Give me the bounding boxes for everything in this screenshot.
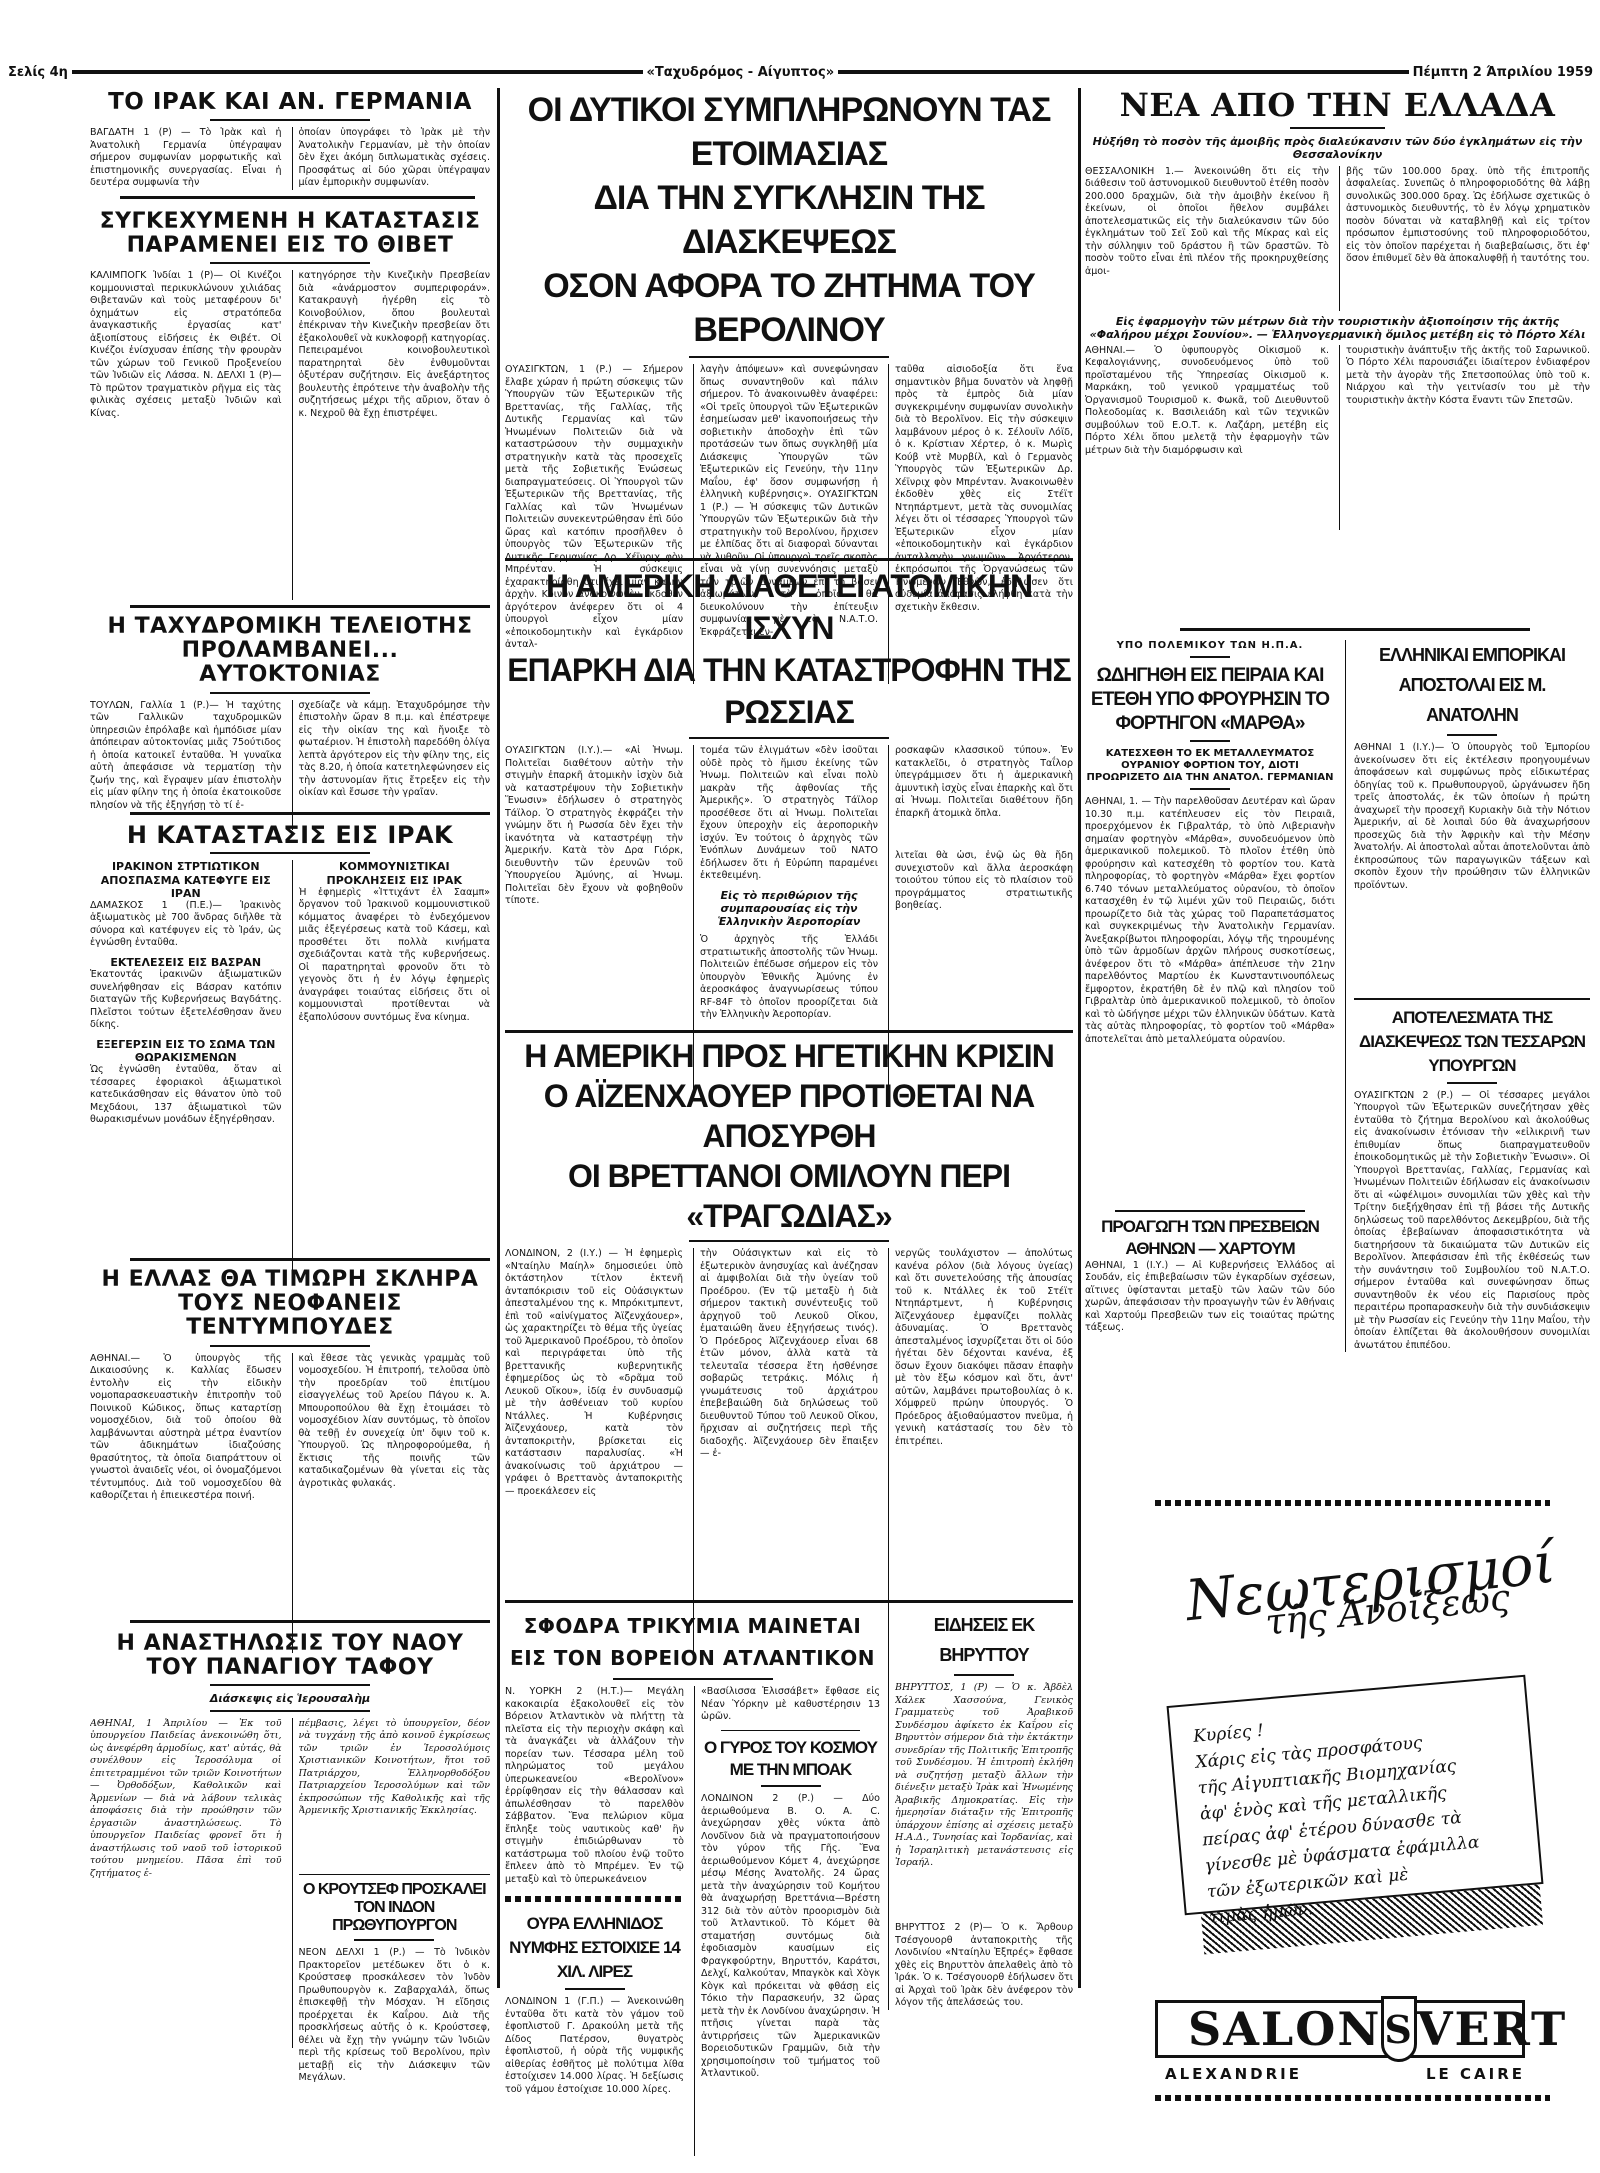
divider bbox=[210, 1345, 370, 1347]
headline: ΕΙΔΗΣΕΙΣ ΕΚ ΒΗΡΥΤΤΟΥ bbox=[895, 1610, 1073, 1670]
subheading: Εἰς ἐφαρμογὴν τῶν μέτρων διὰ τὴν τουριστ… bbox=[1085, 315, 1590, 341]
masthead: Σελίς 4η «Ταχυδρόμος - Αίγυπτος» Πέμπτη … bbox=[8, 62, 1593, 82]
article-text: νεργῶς τουλάχιστον — ἀπολύτως κανένα ρόλ… bbox=[888, 1248, 1073, 1658]
headline: ΣΥΓΚΕΧΥΜΕΝΗ Η ΚΑΤΑΣΤΑΣΙΣ ΠΑΡΑΜΕΝΕΙ ΕΙΣ Τ… bbox=[90, 210, 490, 258]
headline: Η ΤΑΧΥΔΡΟΜΙΚΗ ΤΕΛΕΙΟΤΗΣ ΠΡΟΛΑΜΒΑΝΕΙ... Α… bbox=[90, 615, 490, 688]
column-divider bbox=[497, 88, 500, 1988]
crest-icon: S bbox=[1381, 1996, 1416, 2062]
article-text: ΛΟΝΔΙΝΟΝ 2 (Ρ.) — Δύο ἀεριωθούμενα B. O.… bbox=[701, 1793, 880, 2081]
article-text: ΟΥΑΣΙΓΚΤΩΝ 2 (Ρ.) — Οἱ τέσσαρες μεγάλοι … bbox=[1354, 1090, 1590, 1353]
headline-line: ΔΙΑ ΤΗΝ ΣΥΓΚΛΗΣΙΝ ΤΗΣ ΔΙΑΣΚΕΨΕΩΣ bbox=[505, 176, 1073, 264]
article-text: ΑΘΗΝΑΙ, 1 (Ι.Υ.) — Αἱ Κυβερνήσεις Ἑλλάδο… bbox=[1085, 1260, 1335, 1335]
article-text: ΑΘΗΝΑΙ 1 (Ι.Υ.)— Ὁ ὑπουργὸς τοῦ Ἐμπορίου… bbox=[1354, 742, 1590, 992]
advertisement-salon-vert: Νεωτερισμοί τῆς Ἀνοίξεως Κυρίες ! Χάρις … bbox=[1155, 1510, 1555, 2110]
divider bbox=[120, 196, 475, 199]
headline-line: ΕΙΣ ΤΟΝ ΒΟΡΕΙΟΝ ΑΤΛΑΝΤΙΚΟΝ bbox=[505, 1642, 880, 1674]
article-text: Ὁ ἀρχηγὸς τῆς Ἑλλάδι στρατιωτικῆς ἀποστο… bbox=[700, 934, 878, 1022]
masthead-rule bbox=[72, 70, 643, 74]
headline: Η ΚΑΤΑΣΤΑΣΙΣ ΕΙΣ ΙΡΑΚ bbox=[90, 822, 490, 848]
divider bbox=[1290, 127, 1385, 129]
article-beirut: ΕΙΔΗΣΕΙΣ ΕΚ ΒΗΡΥΤΤΟΥ ΒΗΡΥΤΤΟΣ, 1 (Ρ) — Ὁ… bbox=[888, 1610, 1073, 2010]
divider bbox=[210, 852, 370, 854]
article-text: ΤΟΥΛΩΝ, Γαλλία 1 (Ρ.)— Ἡ ταχύτης τῶν Γαλ… bbox=[90, 700, 282, 830]
article-greece-news: ΝΕΑ ΑΠΟ ΤΗΝ ΕΛΛΑΔΑ Ηὐξήθη τὸ ποσὸν τῆς ἀ… bbox=[1085, 88, 1590, 530]
masthead-rule bbox=[838, 70, 1409, 74]
divider bbox=[130, 1258, 490, 1261]
divider bbox=[210, 1710, 370, 1712]
divider bbox=[1190, 656, 1230, 658]
divider bbox=[565, 1988, 625, 1990]
subheading: ΕΞΕΓΕΡΣΙΝ ΕΙΣ ΤΟ ΣΩΜΑ ΤΩΝ ΘΩΡΑΚΙΣΜΕΝΩΝ bbox=[90, 1038, 282, 1064]
divider bbox=[505, 1896, 684, 1902]
divider bbox=[354, 1939, 434, 1941]
city-cairo: LE CAIRE bbox=[1426, 2065, 1525, 2083]
divider bbox=[210, 692, 370, 694]
divider bbox=[299, 1874, 491, 1876]
article-text: ΑΘΗΝΑΙ.— Ὁ ὑπουργὸς τῆς Δικαιοσύνης κ. Κ… bbox=[90, 1353, 282, 1653]
article-text: καὶ ἔθεσε τὰς γενικὰς γραμμὰς τοῦ νομοσχ… bbox=[292, 1353, 491, 1653]
headline-line: ΟΙ ΒΡΕΤΤΑΝΟΙ ΟΜΙΛΟΥΝ ΠΕΡΙ «ΤΡΑΓΩΔΙΑΣ» bbox=[505, 1156, 1073, 1236]
article-text: τὴν Οὐάσιγκτων καὶ εἰς τὸ ἐξωτερικὸν ἀνη… bbox=[693, 1248, 878, 1658]
divider bbox=[689, 1240, 889, 1242]
article-iraq-situation: Η ΚΑΤΑΣΤΑΣΙΣ ΕΙΣ ΙΡΑΚ ΙΡΑΚΙΝΟΝ ΣΤΡΤΙΩΤΙΚ… bbox=[90, 822, 490, 1270]
article-text: ΛΟΝΔΙΝΟΝ 1 (Γ.Π.) — Ἀνεκοινώθη ἐνταῦθα ὅ… bbox=[505, 1996, 684, 2096]
subheading: Ηὐξήθη τὸ ποσὸν τῆς ἀμοιβῆς πρὸς διαλεύκ… bbox=[1085, 135, 1590, 161]
article-text: ροσκαφῶν κλασσικοῦ τύπου». Ἐν κατακλεῖδι… bbox=[895, 745, 1073, 820]
ad-letter: Κυρίες ! Χάρις εἰς τὰς προσφάτους τῆς Αἰ… bbox=[1167, 1675, 1544, 1916]
article-text: ΑΘΗΝΑΙ, 1 Ἀπριλίου — Ἐκ τοῦ ὑπουργείου Π… bbox=[90, 1718, 282, 2048]
article-text: ΘΕΣΣΑΛΟΝΙΚΗ 1.— Ἀνεκοινώθη ὅτι εἰς τὴν δ… bbox=[1085, 166, 1329, 311]
headline: Η ΕΛΛΑΣ ΘΑ ΤΙΜΩΡΗ ΣΚΛΗΡΑ ΤΟΥΣ ΝΕΟΦΑΝΕΙΣ … bbox=[90, 1268, 490, 1341]
headline-line: ΟΙ ΔΥΤΙΚΟΙ ΣΥΜΠΛΗΡΩΝΟΥΝ ΤΑΣ ΕΤΟΙΜΑΣΙΑΣ bbox=[505, 88, 1073, 176]
divider bbox=[613, 1678, 773, 1680]
brand-name-right: VERT bbox=[1417, 2002, 1567, 2056]
article-text: ΑΘΗΝΑΙ, 1. — Τὴν παρελθοῦσαν Δευτέραν κα… bbox=[1085, 796, 1335, 1206]
article-holy-sepulchre: Η ΑΝΑΣΤΗΛΩΣΙΣ ΤΟΥ ΝΑΟΥ ΤΟΥ ΠΑΝΑΓΙΟΥ ΤΑΦΟ… bbox=[90, 1632, 490, 2048]
article-text: Ἡ ἐφημερὶς «Ἰττιχάντ ἐλ Σααμπ» ὄργανον τ… bbox=[299, 887, 491, 1025]
article-text: ΑΘΗΝΑΙ.— Ὁ ὑφυπουργὸς Οἰκισμοῦ κ. Κεφαλο… bbox=[1085, 345, 1329, 530]
article-text: ΛΟΝΔΙΝΟΝ, 2 (Ι.Υ.) — Ἡ ἐφημερὶς «Νταίηλυ… bbox=[505, 1248, 683, 1658]
headline-line: Η ΑΜΕΡΙΚΗ ΠΡΟΣ ΗΓΕΤΙΚΗΝ ΚΡΙΣΙΝ bbox=[505, 1036, 1073, 1076]
article-text: Ν. ΥΟΡΚΗ 2 (Η.Τ.)— Μεγάλη κακοκαιρία ἐξα… bbox=[505, 1686, 684, 1886]
subheading: ΕΚΤΕΛΕΣΕΙΣ ΕΙΣ ΒΑΣΡΑΝ bbox=[90, 956, 282, 969]
subheading: ΙΡΑΚΙΝΟΝ ΣΤΡΤΙΩΤΙΚΟΝ ΑΠΟΣΠΑΣΜΑ ΚΑΤΕΦΥΓΕ … bbox=[90, 860, 282, 900]
article-text: ΒΑΓΔΑΤΗ 1 (Ρ) — Τὸ Ἰρὰκ καὶ ἡ Ἀνατολικὴ … bbox=[90, 127, 282, 190]
article-teddy-boys: Η ΕΛΛΑΣ ΘΑ ΤΙΜΩΡΗ ΣΚΛΗΡΑ ΤΟΥΣ ΝΕΟΦΑΝΕΙΣ … bbox=[90, 1268, 490, 1653]
divider bbox=[721, 1730, 860, 1732]
headline-line: Η ΑΜΕΡΙΚΗ ΔΙΑΘΕΤΕΙ ΑΤΟΜΙΚΗΝ ΙΣΧΥΝ bbox=[505, 565, 1073, 649]
column-divider bbox=[1078, 88, 1081, 1988]
article-trade: ΕΛΛΗΝΙΚΑΙ ΕΜΠΟΡΙΚΑΙ ΑΠΟΣΤΟΛΑΙ ΕΙΣ Μ. ΑΝΑ… bbox=[1345, 640, 1590, 1352]
divider bbox=[505, 1600, 1073, 1603]
issue-date: Πέμπτη 2 Άπριλίου 1959 bbox=[1413, 65, 1593, 80]
article-text: ΚΑΛΙΜΠΟΓΚ Ἰνδίαι 1 (Ρ)— Οἱ Κινέζοι κομμο… bbox=[90, 270, 282, 600]
article-storm: ΣΦΟΔΡΑ ΤΡΙΚΥΜΙΑ ΜΑΙΝΕΤΑΙ ΕΙΣ ΤΟΝ ΒΟΡΕΙΟΝ… bbox=[505, 1610, 880, 2156]
ad-border-bottom bbox=[1155, 2095, 1550, 2101]
subheading: ΚΑΤΕΣΧΕΘΗ ΤΟ ΕΚ ΜΕΤΑΛΛΕΥΜΑΤΟΣ ΟΥΡΑΝΙΟΥ Φ… bbox=[1085, 748, 1335, 784]
article-tibet: ΣΥΓΚΕΧΥΜΕΝΗ Η ΚΑΤΑΣΤΑΣΙΣ ΠΑΡΑΜΕΝΕΙ ΕΙΣ Τ… bbox=[90, 210, 490, 600]
subheading: Διάσκεψις εἰς Ἱερουσαλὴμ bbox=[90, 1692, 490, 1705]
article-eisenhower: Η ΑΜΕΡΙΚΗ ΠΡΟΣ ΗΓΕΤΙΚΗΝ ΚΡΙΣΙΝ Ο ΑΪΖΕΝΧΑ… bbox=[505, 1036, 1073, 1658]
ad-cities: ALEXANDRIE LE CAIRE bbox=[1165, 2065, 1525, 2083]
divider bbox=[1180, 628, 1530, 631]
article-text: πέμβασις, λέγει τὸ ὑπουργεῖον, δέον νὰ τ… bbox=[299, 1718, 491, 1868]
article-text: σχεδίαζε νὰ κάμῃ. Ἐταχυδρόμησε τὴν ἐπιστ… bbox=[292, 700, 491, 830]
article-text: ΒΗΡΥΤΤΟΣ 2 (Ρ)— Ὁ κ. Ἄρθουρ Τσέσγουορθ ἀ… bbox=[895, 1922, 1073, 2010]
brand-logo: SALON S VERT bbox=[1155, 2000, 1525, 2058]
article-postal: Η ΤΑΧΥΔΡΟΜΙΚΗ ΤΕΛΕΙΟΤΗΣ ΠΡΟΛΑΜΒΑΝΕΙ... Α… bbox=[90, 615, 490, 830]
article-text: βῆς τῶν 100.000 δραχ. ὑπὸ τῆς ἐπιτροπῆς … bbox=[1339, 166, 1590, 311]
article-iraq-germany: ΤΟ ΙΡΑΚ ΚΑΙ ΑΝ. ΓΕΡΜΑΝΙΑ ΒΑΓΔΑΤΗ 1 (Ρ) —… bbox=[90, 90, 490, 190]
lead-headline: ΟΙ ΔΥΤΙΚΟΙ ΣΥΜΠΛΗΡΩΝΟΥΝ ΤΑΣ ΕΤΟΙΜΑΣΙΑΣ Δ… bbox=[505, 88, 1073, 352]
headline-line: ΕΠΑΡΚΗ ΔΙΑ ΤΗΝ ΚΑΤΑΣΤΡΟΦΗΝ ΤΗΣ ΡΩΣΣΙΑΣ bbox=[505, 649, 1073, 733]
article-text: κατηγόρησε τὴν Κινεζικὴν Πρεσβείαν διὰ «… bbox=[292, 270, 491, 600]
article-text: Ἑκατοντάς ἰρακινῶν ἀξιωματικῶν συνελήφθη… bbox=[90, 969, 282, 1032]
headline-line: Ο ΑΪΖΕΝΧΑΟΥΕΡ ΠΡΟΤΙΘΕΤΑΙ ΝΑ ΑΠΟΣΥΡΘΗ bbox=[505, 1076, 1073, 1156]
divider bbox=[130, 1620, 490, 1623]
headline-line: ΟΣΟΝ ΑΦΟΡΑ ΤΟ ΖΗΤΗΜΑ ΤΟΥ ΒΕΡΟΛΙΝΟΥ bbox=[505, 264, 1073, 352]
kicker: ΥΠΟ ΠΟΛΕΜΙΚΟΥ ΤΩΝ Η.Π.Α. bbox=[1085, 640, 1335, 652]
article-text: ΒΗΡΥΤΤΟΣ, 1 (Ρ) — Ὁ κ. Ἀβδὲλ Χάλεκ Χασσο… bbox=[895, 1682, 1073, 1912]
divider bbox=[130, 605, 490, 608]
headline: ΟΥΡΑ ΕΛΛΗΝΙΔΟΣ ΝΥΜΦΗΣ ΕΣΤΟΙΧΙΣΕ 14 ΧΙΛ. … bbox=[505, 1912, 684, 1984]
article-text: «Βασίλισσα Ἐλισσάβετ» ἔφθασε εἰς Νέαν Ὑό… bbox=[701, 1686, 880, 1724]
divider bbox=[505, 558, 1073, 561]
headline: ΩΔΗΓΗΘΗ ΕΙΣ ΠΕΙΡΑΙΑ ΚΑΙ ΕΤΕΘΗ ΥΠΟ ΦΡΟΥΡΗ… bbox=[1085, 664, 1335, 736]
ad-border-top bbox=[1155, 1500, 1550, 1506]
headline-line: ΣΦΟΔΡΑ ΤΡΙΚΥΜΙΑ ΜΑΙΝΕΤΑΙ bbox=[505, 1610, 880, 1642]
monogram: S bbox=[1384, 2007, 1413, 2052]
headline: ΠΡΟΑΓΩΓΗ ΤΩΝ ΠΡΕΣΒΕΙΩΝ ΑΘΗΝΩΝ — ΧΑΡΤΟΥΜ bbox=[1085, 1216, 1335, 1260]
divider bbox=[210, 1684, 370, 1686]
divider bbox=[130, 812, 490, 815]
section-headline: ΝΕΑ ΑΠΟ ΤΗΝ ΕΛΛΑΔΑ bbox=[1085, 88, 1590, 123]
divider bbox=[689, 356, 889, 358]
article-text: ΔΑΜΑΣΚΟΣ 1 (Π.Ε.)— Ἰρακινὸς ἀξιωματικὸς … bbox=[90, 900, 282, 950]
article-text: λιτεῖαι θὰ ὦσι, ἐνῷ ὡς θὰ ἤδη συνεχιστοῦ… bbox=[895, 850, 1073, 913]
headline: Ο ΚΡΟΥΤΣΕΦ ΠΡΟΣΚΑΛΕΙ ΤΟΝ ΙΝΔΟΝ ΠΡΩΘΥΠΟΥΡ… bbox=[299, 1881, 491, 1935]
divider bbox=[954, 1674, 1014, 1676]
divider bbox=[1190, 788, 1230, 790]
headline: Η ΑΝΑΣΤΗΛΩΣΙΣ ΤΟΥ ΝΑΟΥ ΤΟΥ ΠΑΝΑΓΙΟΥ ΤΑΦΟ… bbox=[90, 1632, 490, 1680]
article-text: τουριστικὴν ἀνάπτυξιν τῆς ἀκτῆς τοῦ Σαρω… bbox=[1339, 345, 1590, 530]
divider bbox=[761, 1785, 821, 1787]
article-text: ΝΕΟΝ ΔΕΛΧΙ 1 (Ρ.) — Τὸ Ἰνδικὸν Πρακτορεῖ… bbox=[299, 1947, 491, 2085]
headline: Ο ΓΥΡΟΣ ΤΟΥ ΚΟΣΜΟΥ ΜΕ ΤΗΝ ΜΠΟΑΚ bbox=[701, 1737, 880, 1781]
divider bbox=[1354, 998, 1590, 1000]
subheading: ΚΟΜΜΟΥΝΙΣΤΙΚΑΙ ΠΡΟΚΛΗΣΕΙΣ ΕΙΣ ΙΡΑΚ bbox=[299, 860, 491, 886]
divider bbox=[210, 119, 370, 121]
headline: ΑΠΟΤΕΛΕΣΜΑΤΑ ΤΗΣ ΔΙΑΣΚΕΨΕΩΣ ΤΩΝ ΤΕΣΣΑΡΩΝ… bbox=[1354, 1006, 1590, 1078]
newspaper-name: «Ταχυδρόμος - Αίγυπτος» bbox=[647, 65, 835, 80]
article-text: τομέα τῶν ἐλιγμάτων «δὲν ἰσοῦται οὐδὲ πρ… bbox=[700, 745, 878, 883]
article-text: Ὡς ἐγνώσθη ἐνταῦθα, ὅταν αἱ τέσσαρες ἐφο… bbox=[90, 1064, 282, 1127]
article-text: ὁποίαν ὑπογράφει τὸ Ἰρὰκ μὲ τὴν Ἀνατολικ… bbox=[292, 127, 491, 190]
divider bbox=[210, 262, 370, 264]
divider bbox=[1190, 740, 1230, 742]
divider bbox=[1115, 1210, 1305, 1212]
page-number: Σελίς 4η bbox=[8, 65, 68, 80]
subheading: Εἰς τὸ περιθώριον τῆς συμπαρουσίας εἰς τ… bbox=[700, 889, 878, 929]
brand-name-left: SALON bbox=[1188, 2002, 1381, 2056]
divider bbox=[1447, 734, 1497, 736]
divider bbox=[505, 1030, 1073, 1033]
article-atomic: Η ΑΜΕΡΙΚΗ ΔΙΑΘΕΤΕΙ ΑΤΟΜΙΚΗΝ ΙΣΧΥΝ ΕΠΑΡΚΗ… bbox=[505, 565, 1073, 1095]
headline: ΤΟ ΙΡΑΚ ΚΑΙ ΑΝ. ΓΕΡΜΑΝΙΑ bbox=[90, 90, 490, 115]
divider bbox=[1447, 1082, 1497, 1084]
article-martha: ΥΠΟ ΠΟΛΕΜΙΚΟΥ ΤΩΝ Η.Π.Α. ΩΔΗΓΗΘΗ ΕΙΣ ΠΕΙ… bbox=[1085, 640, 1335, 1335]
city-alexandria: ALEXANDRIE bbox=[1165, 2065, 1302, 2083]
divider bbox=[689, 737, 889, 739]
headline: ΕΛΛΗΝΙΚΑΙ ΕΜΠΟΡΙΚΑΙ ΑΠΟΣΤΟΛΑΙ ΕΙΣ Μ. ΑΝΑ… bbox=[1354, 640, 1590, 730]
